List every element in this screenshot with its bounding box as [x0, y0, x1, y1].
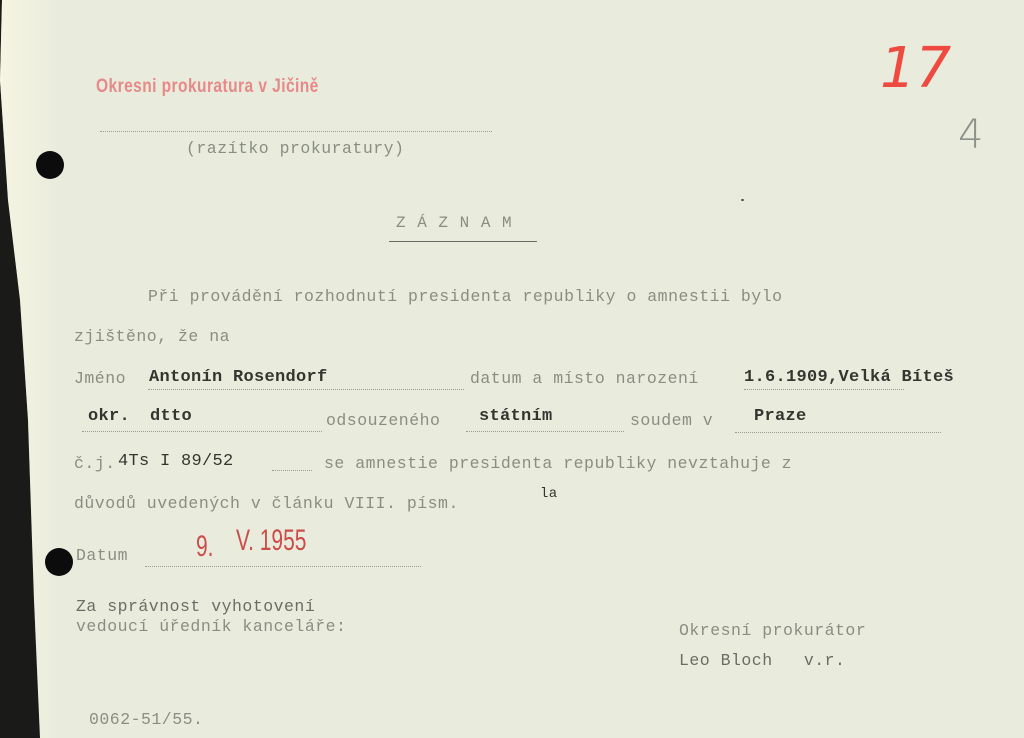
- document-title: Z Á Z N A M: [396, 214, 513, 232]
- stamp-dotted-line: [100, 131, 492, 132]
- certification-line-2: vedoucí úředník kanceláře:: [76, 617, 346, 636]
- court-city-dotted-line: [735, 432, 941, 433]
- intro-line-2: zjištěno, že na: [74, 327, 230, 346]
- ref-dotted-line: [272, 470, 312, 471]
- reason-letter: la: [540, 486, 557, 502]
- birth-label: datum a místo narození: [470, 369, 699, 388]
- paper-edge-shading: [0, 0, 60, 738]
- court-label: soudem v: [630, 411, 713, 430]
- district-dotted-line: [82, 431, 322, 432]
- convicted-label: odsouzeného: [326, 411, 440, 430]
- name-dotted-line: [148, 389, 464, 390]
- office-stamp: Okresni prokuratura v Jičině: [96, 76, 319, 98]
- ref-value: 4Ts I 89/52: [118, 452, 234, 471]
- date-stamp-month-year: V. 1955: [236, 524, 306, 558]
- intro-line-1: Při provádění rozhodnutí presidenta repu…: [148, 287, 783, 306]
- ref-text: se amnestie presidenta republiky nevztah…: [324, 454, 792, 473]
- ink-speck: [741, 199, 744, 201]
- name-value: Antonín Rosendorf: [149, 368, 328, 387]
- date-stamp-day: 9.: [196, 530, 214, 564]
- document-page: Okresni prokuratura v Jičině (razítko pr…: [0, 0, 1024, 738]
- certification-line-1: Za správnost vyhotovení: [76, 597, 315, 616]
- punch-hole-bottom: [45, 548, 73, 576]
- court-type-dotted-line: [466, 431, 624, 432]
- signature-role: Okresní prokurátor: [679, 621, 866, 640]
- birth-value: 1.6.1909,Velká Bíteš: [744, 368, 954, 387]
- district-value: dtto: [150, 407, 192, 426]
- district-label: okr.: [88, 407, 130, 426]
- birth-dotted-line: [744, 389, 904, 390]
- court-city-value: Praze: [754, 407, 807, 426]
- punch-hole-top: [36, 151, 64, 179]
- pencil-mark: 4: [958, 112, 983, 158]
- footer-reference: 0062-51/55.: [89, 710, 203, 729]
- title-underline: [389, 241, 537, 242]
- page-number: 17: [880, 36, 951, 101]
- court-type-value: státním: [479, 407, 553, 426]
- date-dotted-line: [145, 566, 421, 567]
- stamp-caption: (razítko prokuratury): [186, 139, 404, 158]
- name-label: Jméno: [74, 369, 126, 388]
- signature-name: Leo Bloch v.r.: [679, 651, 845, 670]
- reason-text: důvodů uvedených v článku VIII. písm.: [74, 494, 459, 513]
- ref-label: č.j.: [74, 454, 116, 473]
- date-label: Datum: [76, 546, 128, 565]
